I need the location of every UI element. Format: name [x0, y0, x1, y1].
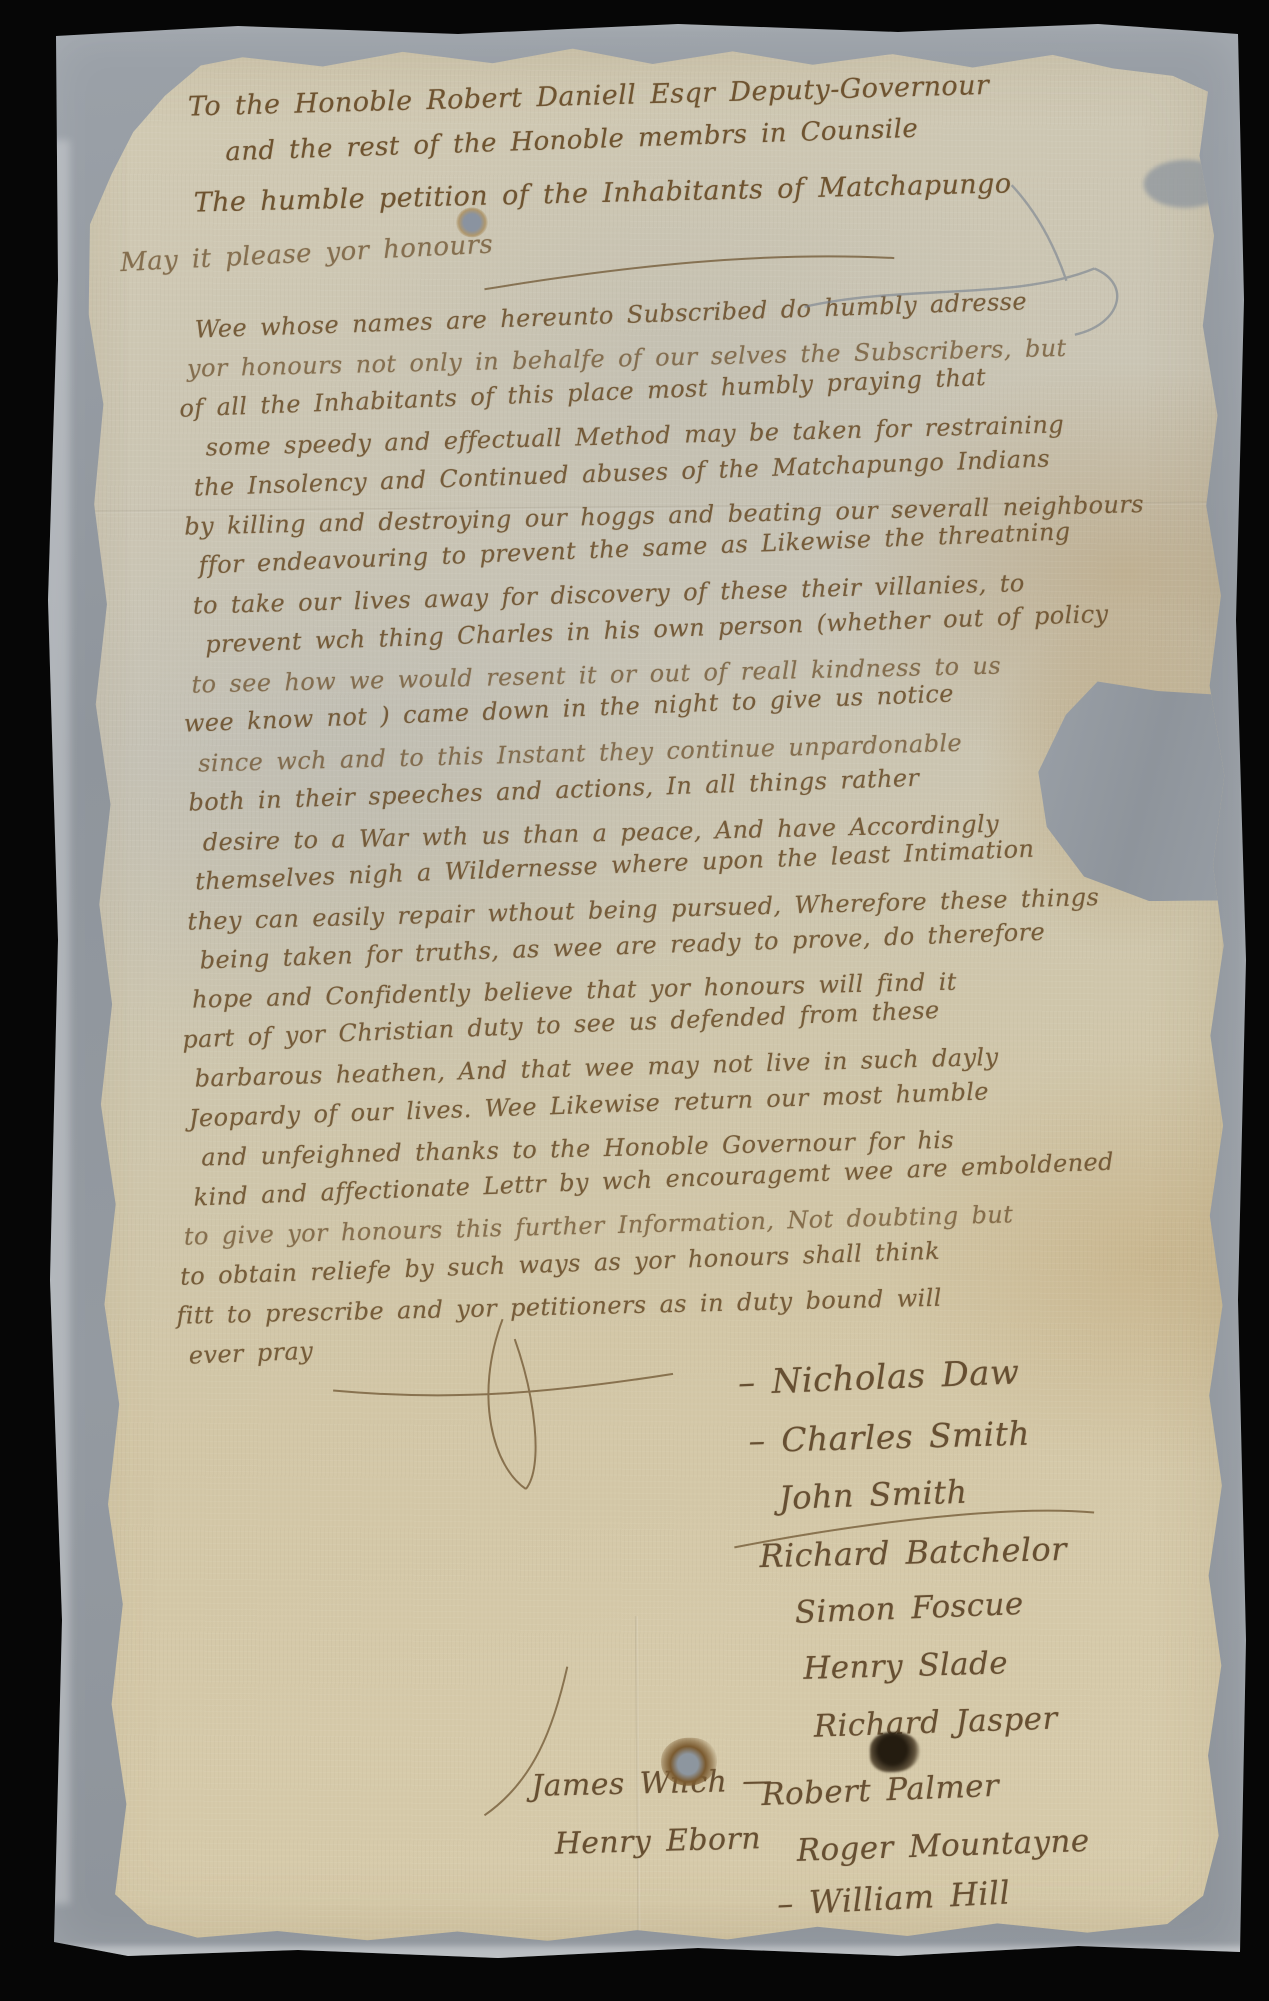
petition-body-line: ever pray	[188, 1337, 313, 1370]
manuscript-page: To the Honoble Robert Daniell Esqr Deput…	[63, 31, 1243, 1950]
signature: James Wilch —	[531, 1763, 773, 1804]
signature: – Charles Smith	[748, 1414, 1030, 1461]
signature: Henry Eborn	[554, 1821, 761, 1862]
signature: Richard Batchelor	[759, 1530, 1067, 1575]
signature: John Smith	[778, 1473, 968, 1517]
signature: Henry Slade	[803, 1645, 1009, 1687]
manuscript-photograph: To the Honoble Robert Daniell Esqr Deput…	[0, 0, 1269, 2001]
